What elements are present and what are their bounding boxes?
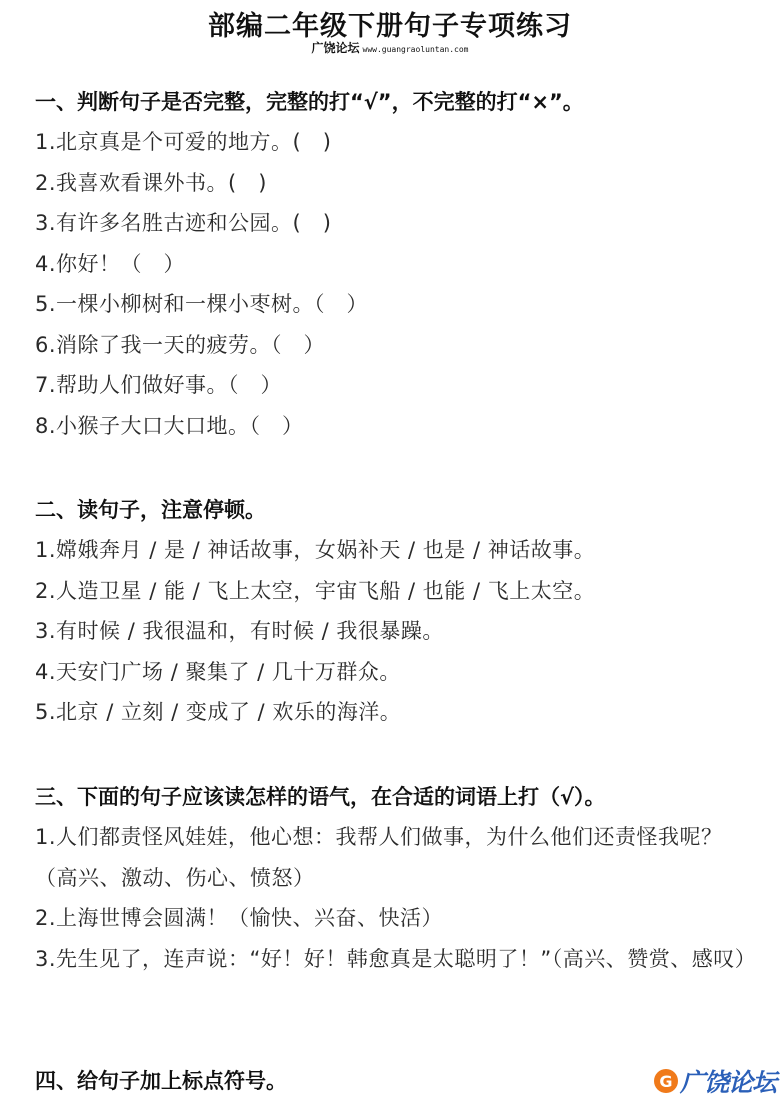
question-item: 4.你好！（ ） xyxy=(35,244,765,285)
question-item: 2.我喜欢看课外书。( ) xyxy=(35,163,765,204)
watermark-logo: G 广饶论坛 xyxy=(654,1063,776,1099)
section-heading: 一、判断句子是否完整，完整的打“√”，不完整的打“×”。 xyxy=(35,82,765,122)
document-subtitle: 广饶论坛www.guangraoluntan.com xyxy=(0,37,780,56)
question-item: 5.一棵小柳树和一棵小枣树。（ ） xyxy=(35,284,765,325)
question-item: 1.北京真是个可爱的地方。( ) xyxy=(35,122,765,163)
section-heading: 三、下面的句子应该读怎样的语气，在合适的词语上打（√）。 xyxy=(35,777,765,817)
smiley-g-icon: G xyxy=(654,1069,678,1093)
question-item: 1.人们都责怪风娃娃，他心想：我帮人们做事，为什么他们还责怪我呢？（高兴、激动、… xyxy=(35,817,765,898)
question-item: 2.人造卫星 / 能 / 飞上太空，宇宙飞船 / 也能 / 飞上太空。 xyxy=(35,571,765,612)
question-item: 3.有许多名胜古迹和公园。( ) xyxy=(35,203,765,244)
question-item: 2.上海世博会圆满！（愉快、兴奋、快活） xyxy=(35,898,765,939)
section-heading: 二、读句子，注意停顿。 xyxy=(35,490,765,530)
site-url: www.guangraoluntan.com xyxy=(363,45,469,54)
watermark-text: 广饶论坛 xyxy=(680,1063,776,1099)
question-item: 6.消除了我一天的疲劳。（ ） xyxy=(35,325,765,366)
section-read-pauses: 二、读句子，注意停顿。 1.嫦娥奔月 / 是 / 神话故事，女娲补天 / 也是 … xyxy=(35,490,765,733)
section-tone: 三、下面的句子应该读怎样的语气，在合适的词语上打（√）。 1.人们都责怪风娃娃，… xyxy=(35,777,765,979)
question-item: 7.帮助人们做好事。（ ） xyxy=(35,365,765,406)
section-judge-sentences: 一、判断句子是否完整，完整的打“√”，不完整的打“×”。 1.北京真是个可爱的地… xyxy=(35,82,765,446)
site-name: 广饶论坛 xyxy=(312,41,360,55)
question-item: 3.有时候 / 我很温和，有时候 / 我很暴躁。 xyxy=(35,611,765,652)
question-item: 1.嫦娥奔月 / 是 / 神话故事，女娲补天 / 也是 / 神话故事。 xyxy=(35,530,765,571)
question-item: 5.北京 / 立刻 / 变成了 / 欢乐的海洋。 xyxy=(35,692,765,733)
question-item: 4.天安门广场 / 聚集了 / 几十万群众。 xyxy=(35,652,765,693)
question-item: 3.先生见了，连声说：“好！好！韩愈真是太聪明了！”（高兴、赞赏、感叹） xyxy=(35,939,765,980)
question-item: 8.小猴子大口大口地。（ ） xyxy=(35,406,765,447)
